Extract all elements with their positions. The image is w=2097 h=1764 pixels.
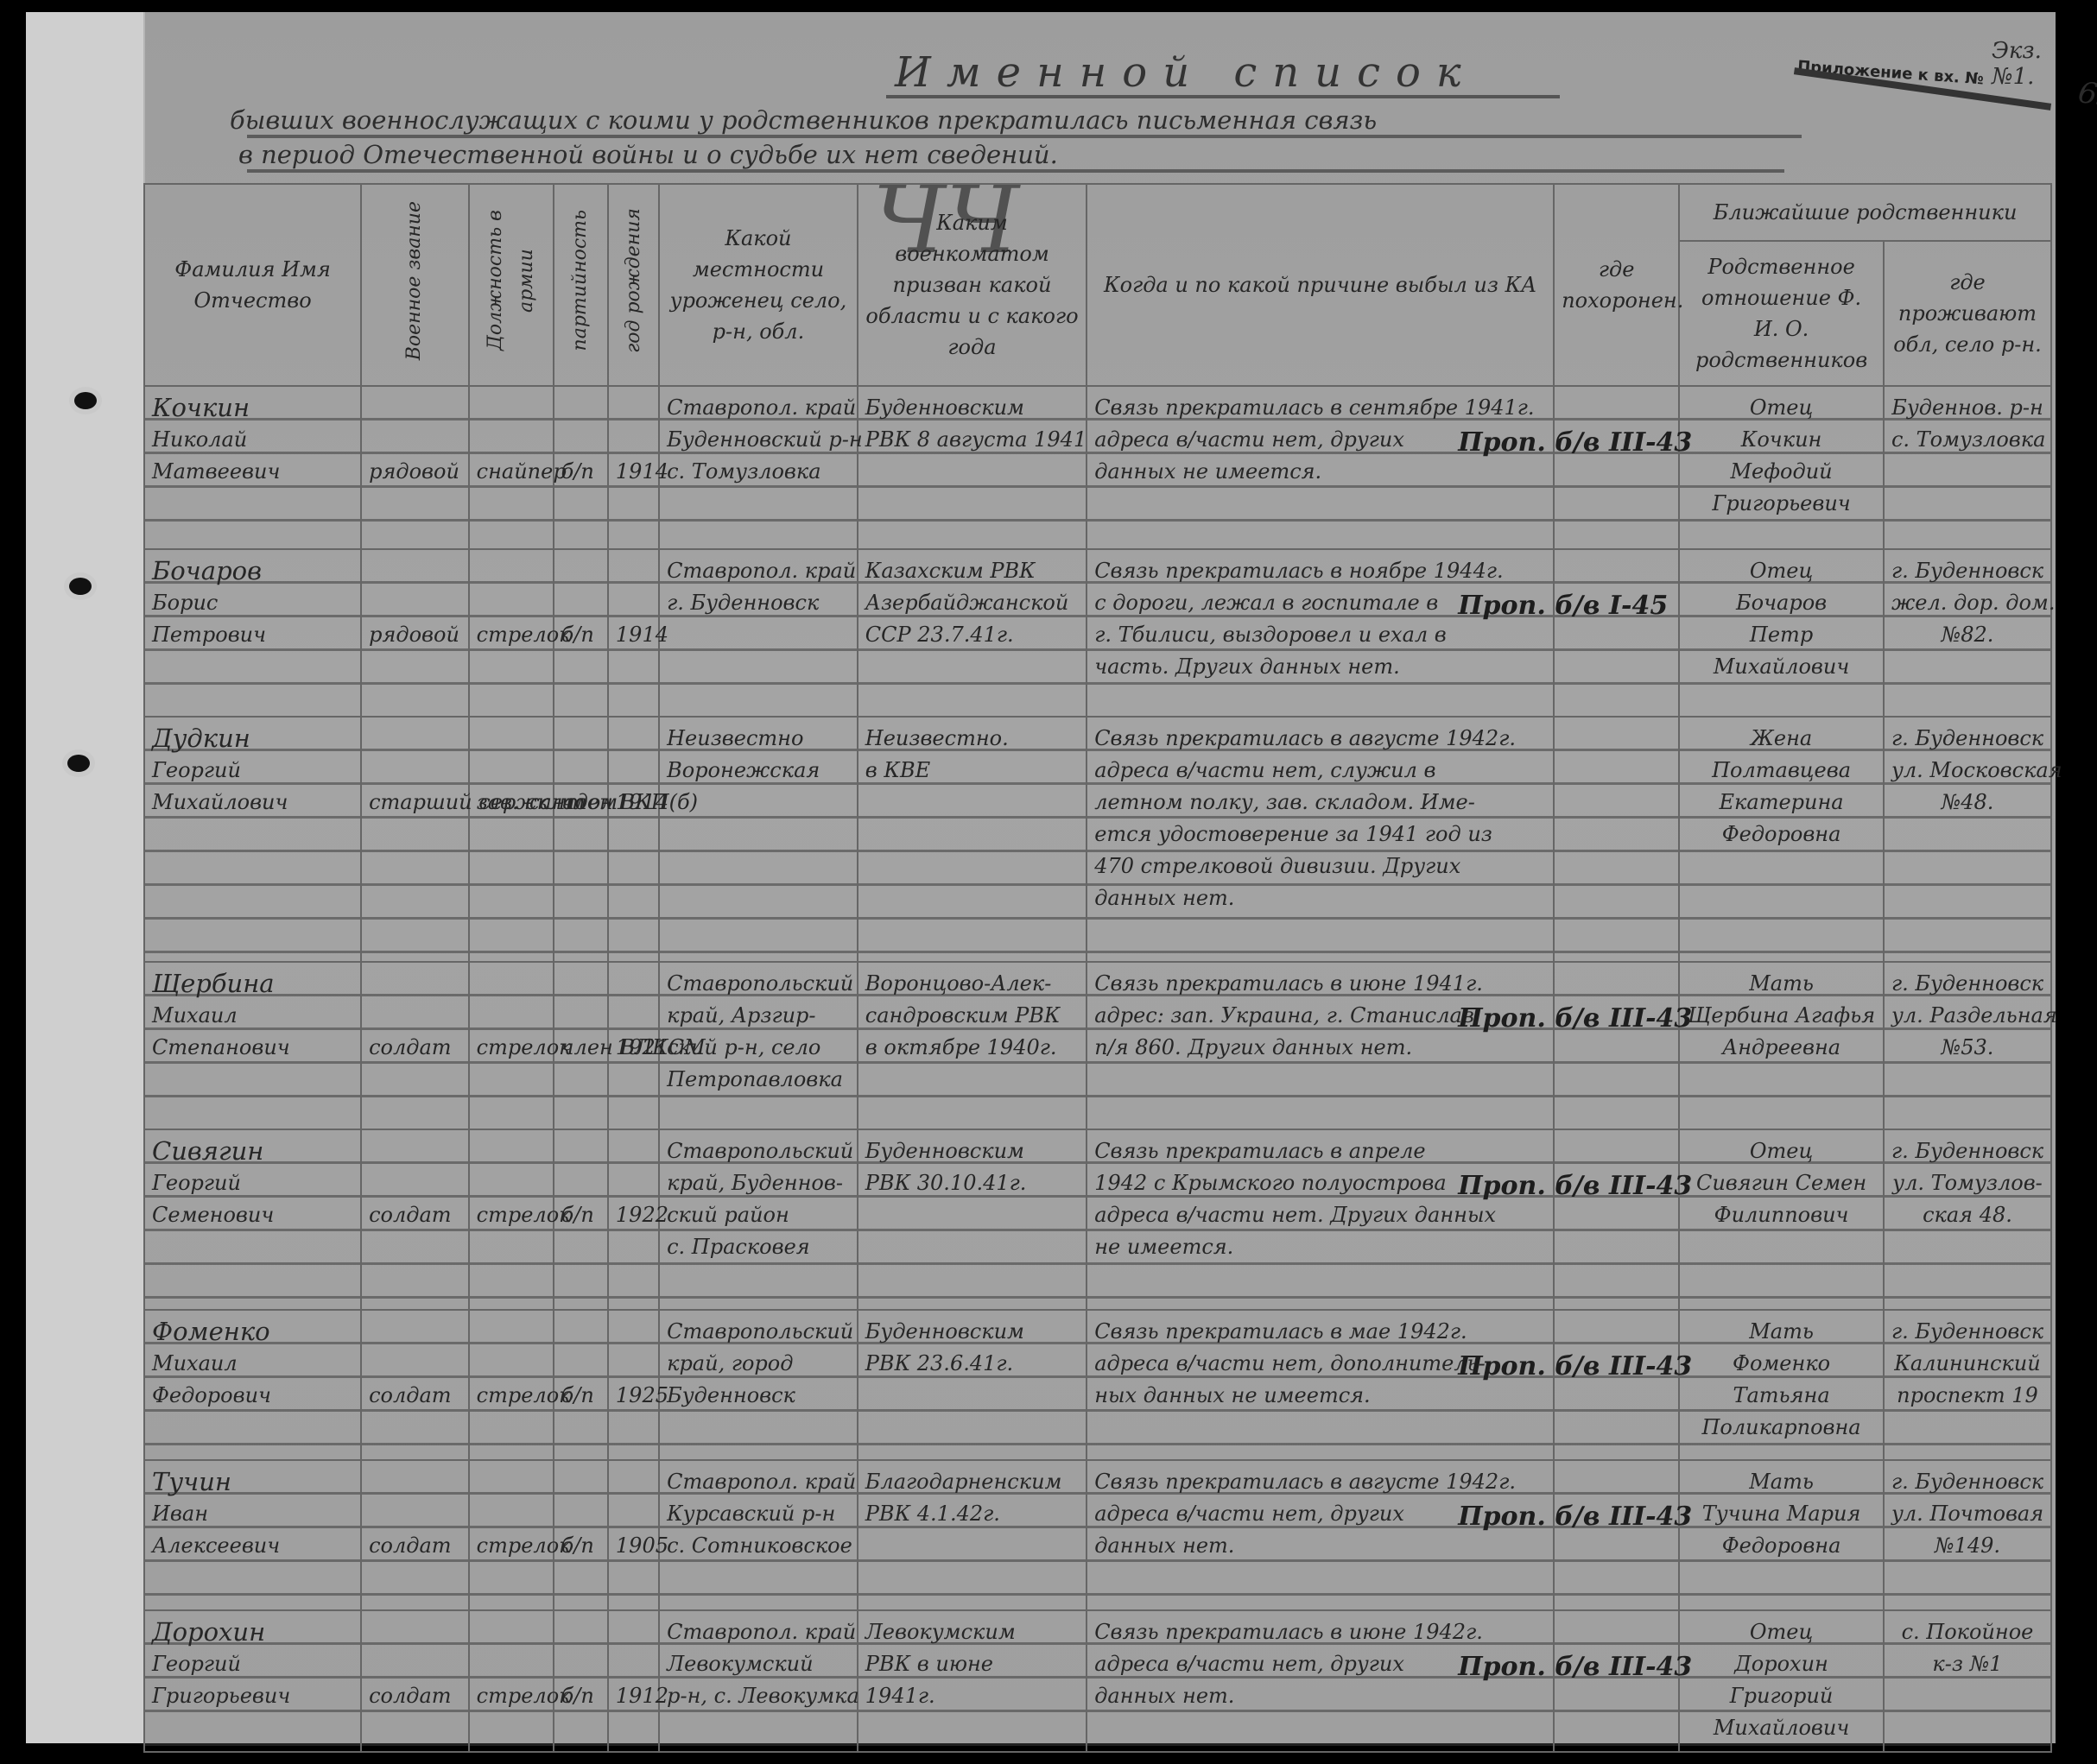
cell-buried: Проп. б/в III-43 — [1554, 1610, 1679, 1752]
col-rank-label: Военное звание — [399, 201, 430, 360]
patronymic: Степанович — [152, 1032, 353, 1064]
residence-line: ская 48. — [1891, 1199, 2043, 1231]
cell-name: ЩербинаМихаилСтепанович — [144, 962, 361, 1129]
relative-line: Сивягин Семен — [1687, 1167, 1876, 1199]
relative-line: Отец — [1687, 555, 1876, 587]
draft-line: Благодарненским — [865, 1466, 1079, 1498]
cell-name: ДудкинГеоргийМихайлович — [144, 717, 361, 962]
relative-line: Федоровна — [1687, 1530, 1876, 1562]
birth-year: 1914 — [616, 456, 651, 488]
cell-reason: Связь прекратилась в сентябре 1941г.адре… — [1087, 386, 1554, 549]
residence-line: Калининский — [1891, 1348, 2043, 1380]
col-birth-year: год рождения — [608, 184, 659, 386]
cell-relative: МатьФоменкоТатьянаПоликарповна — [1679, 1310, 1884, 1460]
rank: солдат — [369, 1380, 461, 1412]
cell-rank: солдат — [361, 1460, 469, 1610]
punch-hole-icon — [69, 578, 92, 595]
cell-relative: ОтецДорохинГригорийМихайлович — [1679, 1610, 1884, 1752]
draft-line: Неизвестно. — [865, 723, 1079, 755]
cell-party: б/п — [554, 1610, 608, 1752]
cell-draft: БуденновскимРВК 23.6.41г. — [858, 1310, 1087, 1460]
cell-rank: рядовой — [361, 549, 469, 717]
relative-line: Поликарповна — [1687, 1412, 1876, 1444]
col-position-label: Должность в армии — [480, 190, 542, 371]
reason-line: Связь прекратилась в мае 1942г. — [1094, 1316, 1546, 1348]
draft-line: РВК 23.6.41г. — [865, 1348, 1079, 1380]
patronymic: Григорьевич — [152, 1680, 353, 1712]
relative-line: Бочаров — [1687, 587, 1876, 619]
col-name: Фамилия Имя Отчество — [144, 184, 361, 386]
reason-line: ных данных не имеется. — [1094, 1380, 1546, 1412]
residence-line: ул. Томузлов- — [1891, 1167, 2043, 1199]
relative-line: Дорохин — [1687, 1648, 1876, 1680]
birthplace-line: ский р-н, село — [667, 1032, 850, 1064]
reason-line: Связь прекратилась в июне 1942г. — [1094, 1616, 1546, 1648]
relative-line: Кочкин — [1687, 424, 1876, 456]
cell-residence: г. Буденновскжел. дор. дом.№82. — [1884, 549, 2051, 717]
cell-residence: г. Буденновскул. Московская№48. — [1884, 717, 2051, 962]
birth-year: 1925 — [616, 1380, 651, 1412]
page-title: Именной список — [895, 48, 1477, 97]
relative-line: Полтавцева — [1687, 755, 1876, 787]
birth-year: 1905 — [616, 1530, 651, 1562]
cell-rank: старший сержант — [361, 717, 469, 962]
cell-residence: г. БуденновскКалининскийпроспект 19 — [1884, 1310, 2051, 1460]
residence-line: №53. — [1891, 1032, 2043, 1064]
cell-draft: Неизвестно.в КВЕ — [858, 717, 1087, 962]
cell-residence: с. Покойноек-з №1 — [1884, 1610, 2051, 1752]
cell-rank: рядовой — [361, 386, 469, 549]
cell-birth-year: 1914 — [608, 386, 659, 549]
cell-birth-year: 1914 — [608, 549, 659, 717]
rank: солдат — [369, 1530, 461, 1562]
relative-line: Мать — [1687, 1316, 1876, 1348]
cell-reason: Связь прекратилась в ноябре 1944г.с доро… — [1087, 549, 1554, 717]
table-row: ФоменкоМихаилФедоровичсолдатстрелокб/п19… — [144, 1310, 2051, 1460]
birthplace-line: Неизвестно — [667, 723, 850, 755]
punch-hole-icon — [67, 755, 90, 772]
cell-position: снайпер — [469, 386, 554, 549]
draft-line: Буденновским — [865, 1316, 1079, 1348]
cell-rank: солдат — [361, 1610, 469, 1752]
relative-line: Петр — [1687, 619, 1876, 651]
birth-year: 1912 — [616, 1680, 651, 1712]
draft-line: 1941г. — [865, 1680, 1079, 1712]
punch-hole-icon — [74, 392, 97, 409]
cell-rank: солдат — [361, 962, 469, 1129]
table-row: ДорохинГеоргийГригорьевичсолдатстрелокб/… — [144, 1610, 2051, 1752]
register-body: КочкинНиколайМатвеевичрядовойснайперб/п1… — [144, 386, 2051, 1752]
cell-buried — [1554, 717, 1679, 962]
reason-line: Связь прекратилась в ноябре 1944г. — [1094, 555, 1546, 587]
reason-line: адреса в/части нет. Других данных — [1094, 1199, 1546, 1231]
cell-rank: солдат — [361, 1310, 469, 1460]
patronymic: Матвеевич — [152, 456, 353, 488]
reason-line: г. Тбилиси, выздоровел и ехал в — [1094, 619, 1546, 651]
birthplace-line: край, Буденнов- — [667, 1167, 850, 1199]
rank: солдат — [369, 1680, 461, 1712]
relative-line: Отец — [1687, 392, 1876, 424]
cell-name: ДорохинГеоргийГригорьевич — [144, 1610, 361, 1752]
reason-line: адреса в/части нет, служил в — [1094, 755, 1546, 787]
residence-line: г. Буденновск — [1891, 968, 2043, 1000]
cell-position: зав. складом — [469, 717, 554, 962]
draft-line: РВК 30.10.41г. — [865, 1167, 1079, 1199]
relative-line: Фоменко — [1687, 1348, 1876, 1380]
draft-line: Буденновским — [865, 392, 1079, 424]
missing-mark: Проп. б/в I-45 — [1458, 590, 1668, 622]
birthplace-line: Ставропол. край — [667, 1616, 850, 1648]
table-row: БочаровБорисПетровичрядовойстрелокб/п191… — [144, 549, 2051, 717]
cell-birth-year: 1905 — [608, 1460, 659, 1610]
cell-residence: Буденнов. р-нс. Томузловка — [1884, 386, 2051, 549]
table-row: ТучинИванАлексеевичсолдатстрелокб/п1905С… — [144, 1460, 2051, 1610]
cell-party: б/п — [554, 549, 608, 717]
col-party-label: партийность — [565, 210, 596, 351]
missing-mark: Проп. б/в III-43 — [1458, 1651, 1692, 1683]
patronymic: Петрович — [152, 619, 353, 651]
birthplace-line: Ставропольский — [667, 1316, 850, 1348]
cell-buried: Проп. б/в III-43 — [1554, 386, 1679, 549]
cell-buried: Проп. б/в III-43 — [1554, 1310, 1679, 1460]
birthplace-line: Буденновский р-н — [667, 424, 850, 456]
cell-draft: БлагодарненскимРВК 4.1.42г. — [858, 1460, 1087, 1610]
cell-birthplace: НеизвестноВоронежская — [659, 717, 858, 962]
party: б/п — [561, 1199, 600, 1231]
missing-mark: Проп. б/в III-43 — [1458, 427, 1692, 458]
reason-line: летном полку, зав. складом. Име- — [1094, 787, 1546, 819]
cell-party: член ВЛКСМ — [554, 962, 608, 1129]
col-reason: Когда и по какой причине выбыл из КА — [1087, 184, 1554, 386]
birthplace-line: Левокумский — [667, 1648, 850, 1680]
residence-line: ул. Раздельная — [1891, 1000, 2043, 1032]
reason-line: Связь прекратилась в сентябре 1941г. — [1094, 392, 1546, 424]
party: б/п — [561, 1680, 600, 1712]
birthplace-line: Петропавловка — [667, 1064, 850, 1096]
cell-residence: г. Буденновскул. Томузлов-ская 48. — [1884, 1129, 2051, 1310]
binding-margin — [26, 12, 145, 1743]
table-row: ЩербинаМихаилСтепановичсолдатстрелокчлен… — [144, 962, 2051, 1129]
relative-line: Екатерина — [1687, 787, 1876, 819]
rank: рядовой — [369, 456, 461, 488]
cell-birthplace: Ставропол. крайБуденновский р-нс. Томузл… — [659, 386, 858, 549]
cell-party: б/п — [554, 1460, 608, 1610]
rule — [247, 135, 1802, 138]
draft-line: ССР 23.7.41г. — [865, 619, 1079, 651]
cell-position: стрелок — [469, 1310, 554, 1460]
relative-line: Андреевна — [1687, 1032, 1876, 1064]
residence-line: ул. Московская — [1891, 755, 2043, 787]
surname: Сивягин — [152, 1135, 353, 1167]
subtitle-line-1: бывших военнослужащих с коими у родствен… — [230, 105, 1377, 135]
surname: Кочкин — [152, 392, 353, 424]
birthplace-line: Курсавский р-н — [667, 1498, 850, 1530]
first-name: Иван — [152, 1498, 353, 1530]
rank: старший сержант — [369, 787, 461, 819]
residence-line: к-з №1 — [1891, 1648, 2043, 1680]
patronymic: Михайлович — [152, 787, 353, 819]
birth-year: 1914 — [616, 619, 651, 651]
relative-line: Григорий — [1687, 1680, 1876, 1712]
cell-birthplace: Ставропольскийкрай, городБуденновск — [659, 1310, 858, 1460]
relative-line: Филиппович — [1687, 1199, 1876, 1231]
rank: солдат — [369, 1032, 461, 1064]
birthplace-line: Ставропол. край — [667, 392, 850, 424]
residence-line: №82. — [1891, 619, 2043, 651]
patronymic: Алексеевич — [152, 1530, 353, 1562]
cell-draft: Казахским РВКАзербайджанскойССР 23.7.41г… — [858, 549, 1087, 717]
reason-line: данных нет. — [1094, 882, 1546, 914]
party: член ВЛКСМ — [561, 1032, 600, 1064]
reason-line: 470 стрелковой дивизии. Других — [1094, 850, 1546, 882]
cell-birth-year: 1921 — [608, 962, 659, 1129]
col-residence: где проживают обл, село р-н. — [1884, 241, 2051, 386]
cell-position: стрелок — [469, 549, 554, 717]
cell-buried: Проп. б/в III-43 — [1554, 962, 1679, 1129]
cell-draft: БуденновскимРВК 8 августа 1941 — [858, 386, 1087, 549]
draft-line: РВК 8 августа 1941 — [865, 424, 1079, 456]
relative-line: Отец — [1687, 1135, 1876, 1167]
cell-name: КочкинНиколайМатвеевич — [144, 386, 361, 549]
birthplace-line: ский район — [667, 1199, 850, 1231]
birthplace-line: с. Сотниковское — [667, 1530, 850, 1562]
surname: Фоменко — [152, 1316, 353, 1348]
birth-year: 1921 — [616, 1032, 651, 1064]
cell-birthplace: Ставропол. крайг. Буденновск — [659, 549, 858, 717]
cell-birthplace: Ставропол. крайКурсавский р-нс. Сотников… — [659, 1460, 858, 1610]
birthplace-line: Буденновск — [667, 1380, 850, 1412]
residence-line: жел. дор. дом. — [1891, 587, 2043, 619]
residence-line: №48. — [1891, 787, 2043, 819]
table-row: СивягинГеоргийСеменовичсолдатстрелокб/п1… — [144, 1129, 2051, 1310]
position: снайпер — [477, 456, 546, 488]
cell-buried: Проп. б/в I-45 — [1554, 549, 1679, 717]
surname: Дудкин — [152, 723, 353, 755]
birth-year: 1914 — [616, 787, 651, 819]
table-row: ДудкинГеоргийМихайловичстарший сержантза… — [144, 717, 2051, 962]
cell-position: стрелок — [469, 1460, 554, 1610]
cell-draft: Воронцово-Алек-сандровским РВКв октябре … — [858, 962, 1087, 1129]
cell-name: БочаровБорисПетрович — [144, 549, 361, 717]
draft-line: Левокумским — [865, 1616, 1079, 1648]
position: стрелок — [477, 1032, 546, 1064]
relative-line: Тучина Мария — [1687, 1498, 1876, 1530]
col-draft: Каким военкоматом призван какой области … — [858, 184, 1087, 386]
position: зав. складом — [477, 787, 546, 819]
col-relative: Родственное отношение Ф. И. О. родственн… — [1679, 241, 1884, 386]
position: стрелок — [477, 619, 546, 651]
cell-reason: Связь прекратилась в июне 1941г.адрес: з… — [1087, 962, 1554, 1129]
cell-rank: солдат — [361, 1129, 469, 1310]
birthplace-line: Ставропол. край — [667, 555, 850, 587]
missing-mark: Проп. б/в III-43 — [1458, 1501, 1692, 1533]
cell-birth-year: 1912 — [608, 1610, 659, 1752]
cell-residence: г. Буденновскул. Раздельная№53. — [1884, 962, 2051, 1129]
reason-line: часть. Других данных нет. — [1094, 651, 1546, 683]
cell-relative: ОтецБочаровПетрМихайлович — [1679, 549, 1884, 717]
position: стрелок — [477, 1530, 546, 1562]
position: стрелок — [477, 1199, 546, 1231]
cell-buried: Проп. б/в III-43 — [1554, 1129, 1679, 1310]
birthplace-line: Ставропольский — [667, 968, 850, 1000]
cell-name: ТучинИванАлексеевич — [144, 1460, 361, 1610]
position: стрелок — [477, 1680, 546, 1712]
patronymic: Семенович — [152, 1199, 353, 1231]
cell-position: стрелок — [469, 1610, 554, 1752]
draft-line: РВК 4.1.42г. — [865, 1498, 1079, 1530]
cell-reason: Связь прекратилась в августе 1942г.адрес… — [1087, 1460, 1554, 1610]
col-birthplace: Какой местности уроженец село, р-н, обл. — [659, 184, 858, 386]
birthplace-line: с. Томузловка — [667, 456, 850, 488]
relative-line: Григорьевич — [1687, 488, 1876, 520]
party: член ВКП(б) — [561, 787, 600, 819]
relative-line: Михайлович — [1687, 1712, 1876, 1744]
reason-line: Связь прекратилась в апреле — [1094, 1135, 1546, 1167]
cell-residence: г. Буденновскул. Почтовая№149. — [1884, 1460, 2051, 1610]
cell-reason: Связь прекратилась в апреле1942 с Крымск… — [1087, 1129, 1554, 1310]
surname: Бочаров — [152, 555, 353, 587]
cell-relative: МатьЩербина АгафьяАндреевна — [1679, 962, 1884, 1129]
residence-line: г. Буденновск — [1891, 1316, 2043, 1348]
missing-mark: Проп. б/в III-43 — [1458, 1002, 1692, 1034]
reason-line: п/я 860. Других данных нет. — [1094, 1032, 1546, 1064]
cell-party: член ВКП(б) — [554, 717, 608, 962]
cell-position: стрелок — [469, 962, 554, 1129]
residence-line: г. Буденновск — [1891, 555, 2043, 587]
birthplace-line: Ставропольский — [667, 1135, 850, 1167]
cell-birth-year: 1914 — [608, 717, 659, 962]
rank: рядовой — [369, 619, 461, 651]
rank: солдат — [369, 1199, 461, 1231]
residence-line: Буденнов. р-н — [1891, 392, 2043, 424]
birthplace-line: с. Прасковея — [667, 1231, 850, 1263]
cell-birth-year: 1925 — [608, 1310, 659, 1460]
relative-line: Татьяна — [1687, 1380, 1876, 1412]
draft-line: РВК в июне — [865, 1648, 1079, 1680]
relative-line: Мефодий — [1687, 456, 1876, 488]
residence-line: г. Буденновск — [1891, 1135, 2043, 1167]
reason-line: данных нет. — [1094, 1680, 1546, 1712]
residence-line: с. Томузловка — [1891, 424, 2043, 456]
cell-reason: Связь прекратилась в мае 1942г.адреса в/… — [1087, 1310, 1554, 1460]
cell-position: стрелок — [469, 1129, 554, 1310]
header-row: Фамилия Имя Отчество Военное звание Долж… — [144, 184, 2051, 241]
first-name: Георгий — [152, 1167, 353, 1199]
draft-line: в КВЕ — [865, 755, 1079, 787]
party: б/п — [561, 456, 600, 488]
col-party: партийность — [554, 184, 608, 386]
birthplace-line: р-н, с. Левокумка — [667, 1680, 850, 1712]
draft-line: Буденновским — [865, 1135, 1079, 1167]
cell-buried: Проп. б/в III-43 — [1554, 1460, 1679, 1610]
cell-relative: МатьТучина МарияФедоровна — [1679, 1460, 1884, 1610]
cell-relative: ОтецСивягин СеменФилиппович — [1679, 1129, 1884, 1310]
cell-reason: Связь прекратилась в августе 1942г.адрес… — [1087, 717, 1554, 962]
draft-line: сандровским РВК — [865, 1000, 1079, 1032]
first-name: Николай — [152, 424, 353, 456]
cell-draft: ЛевокумскимРВК в июне1941г. — [858, 1610, 1087, 1752]
col-position: Должность в армии — [469, 184, 554, 386]
missing-mark: Проп. б/в III-43 — [1458, 1350, 1692, 1382]
relative-line: Михайлович — [1687, 651, 1876, 683]
reason-line: Связь прекратилась в августе 1942г. — [1094, 723, 1546, 755]
col-rank: Военное звание — [361, 184, 469, 386]
relative-line: Мать — [1687, 968, 1876, 1000]
missing-mark: Проп. б/в III-43 — [1458, 1170, 1692, 1202]
cell-relative: ОтецКочкинМефодийГригорьевич — [1679, 386, 1884, 549]
residence-line: ул. Почтовая — [1891, 1498, 2043, 1530]
cell-party: б/п — [554, 386, 608, 549]
relative-line: Отец — [1687, 1616, 1876, 1648]
surname: Тучин — [152, 1466, 353, 1498]
cell-birth-year: 1922 — [608, 1129, 659, 1310]
col-buried: где похоронен. — [1554, 184, 1679, 386]
reason-line: не имеется. — [1094, 1231, 1546, 1263]
party: б/п — [561, 1530, 600, 1562]
col-birth-year-label: год рождения — [618, 208, 649, 353]
residence-line: с. Покойное — [1891, 1616, 2043, 1648]
birthplace-line: край, город — [667, 1348, 850, 1380]
patronymic: Федорович — [152, 1380, 353, 1412]
reason-line: данных не имеется. — [1094, 456, 1546, 488]
archive-number: 6594 — [2075, 75, 2097, 122]
reason-line: Связь прекратилась в июне 1941г. — [1094, 968, 1546, 1000]
cell-birthplace: Ставропольскийкрай, Буденнов-ский районс… — [659, 1129, 858, 1310]
party: б/п — [561, 619, 600, 651]
cell-relative: ЖенаПолтавцеваЕкатеринаФедоровна — [1679, 717, 1884, 962]
col-relatives-group: Ближайшие родственники — [1679, 184, 2051, 241]
cell-birthplace: Ставропольскийкрай, Арзгир-ский р-н, сел… — [659, 962, 858, 1129]
draft-line: Азербайджанской — [865, 587, 1079, 619]
reason-line: ется удостоверение за 1941 год из — [1094, 819, 1546, 850]
birth-year: 1922 — [616, 1199, 651, 1231]
draft-line: в октябре 1940г. — [865, 1032, 1079, 1064]
birthplace-line: Воронежская — [667, 755, 850, 787]
title-underline — [886, 95, 1560, 98]
first-name: Георгий — [152, 1648, 353, 1680]
residence-line: проспект 19 — [1891, 1380, 2043, 1412]
surname: Щербина — [152, 968, 353, 1000]
cell-party: б/п — [554, 1129, 608, 1310]
birthplace-line: г. Буденновск — [667, 587, 850, 619]
relative-line: Мать — [1687, 1466, 1876, 1498]
residence-line: №149. — [1891, 1530, 2043, 1562]
residence-line: г. Буденновск — [1891, 1466, 2043, 1498]
position: стрелок — [477, 1380, 546, 1412]
surname: Дорохин — [152, 1616, 353, 1648]
relative-line: Щербина Агафья — [1687, 1000, 1876, 1032]
draft-line: Воронцово-Алек- — [865, 968, 1079, 1000]
reason-line: данных нет. — [1094, 1530, 1546, 1562]
document-header: Именной список бывших военнослужащих с к… — [143, 12, 2056, 185]
cell-party: б/п — [554, 1310, 608, 1460]
cell-name: ФоменкоМихаилФедорович — [144, 1310, 361, 1460]
reason-line: Связь прекратилась в августе 1942г. — [1094, 1466, 1546, 1498]
first-name: Михаил — [152, 1348, 353, 1380]
cell-name: СивягинГеоргийСеменович — [144, 1129, 361, 1310]
first-name: Михаил — [152, 1000, 353, 1032]
party: б/п — [561, 1380, 600, 1412]
copy-mark: Экз. №1. — [1992, 38, 2056, 90]
relative-line: Жена — [1687, 723, 1876, 755]
birthplace-line: край, Арзгир- — [667, 1000, 850, 1032]
birthplace-line: Ставропол. край — [667, 1466, 850, 1498]
register-table: Фамилия Имя Отчество Военное звание Долж… — [143, 183, 2052, 1753]
draft-line: Казахским РВК — [865, 555, 1079, 587]
residence-line: г. Буденновск — [1891, 723, 2043, 755]
cell-draft: БуденновскимРВК 30.10.41г. — [858, 1129, 1087, 1310]
first-name: Борис — [152, 587, 353, 619]
